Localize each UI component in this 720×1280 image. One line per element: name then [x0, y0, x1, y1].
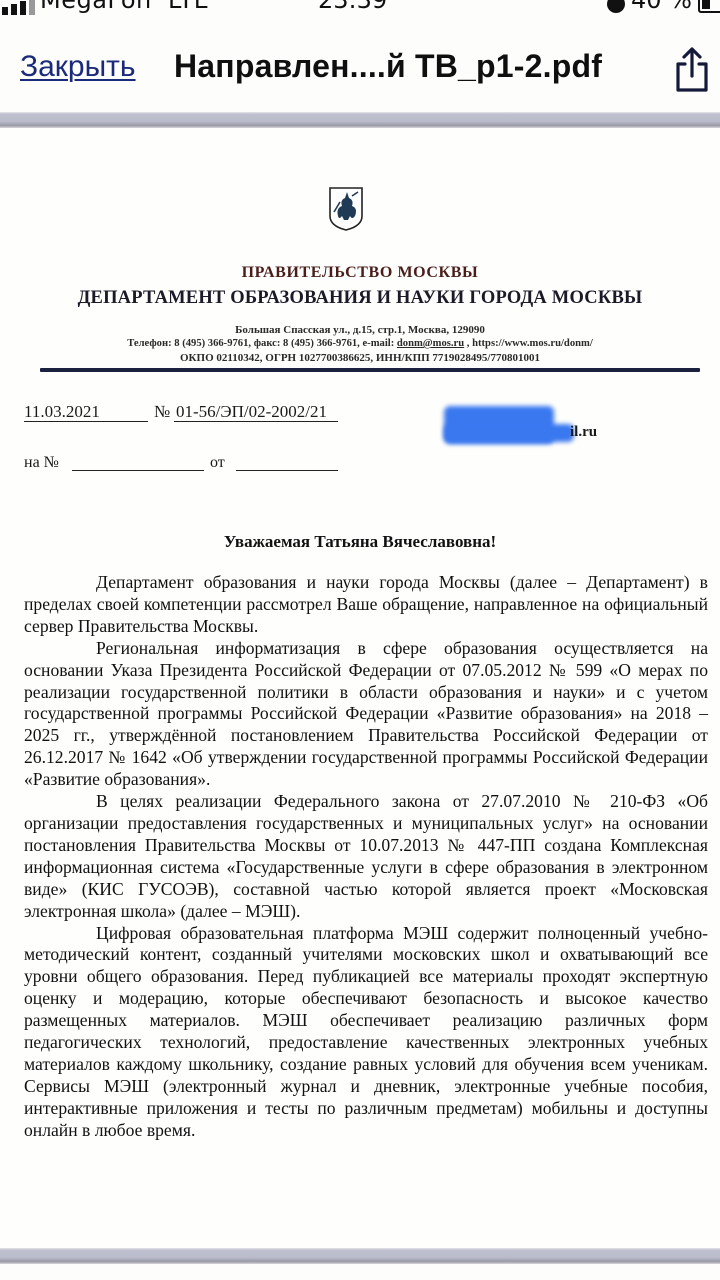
recipient-email-suffix: il.ru [570, 424, 597, 441]
document-title: Направлен....й ТВ_p1-2.pdf [174, 48, 602, 85]
department-address: Большая Спасская ул., д.15, стр.1, Москв… [0, 324, 720, 336]
moscow-coat-of-arms-icon [328, 186, 364, 232]
signal-strength-icon [2, 0, 35, 15]
letter-number: 01-56/ЭП/02-2002/21 [174, 402, 338, 422]
reply-to-label: на № [24, 454, 59, 472]
letterhead-rule [40, 368, 700, 372]
status-bar: MegaFon LTE 23:39 40 % [0, 0, 720, 16]
paragraph: В целях реализации Федерального закона о… [24, 791, 708, 922]
registration-codes: ОКПО 02110342, ОГРН 1027700386625, ИНН/К… [0, 352, 720, 364]
toolbar-separator [0, 112, 720, 128]
paragraph: Цифровая образовательная платформа МЭШ с… [24, 923, 708, 1142]
page-separator [0, 1248, 720, 1264]
pdf-page[interactable]: ПРАВИТЕЛЬСТВО МОСКВЫ ДЕПАРТАМЕНТ ОБРАЗОВ… [0, 128, 720, 1248]
clock: 23:39 [318, 0, 387, 14]
government-heading: ПРАВИТЕЛЬСТВО МОСКВЫ [0, 264, 720, 282]
battery-percent: 40 % [631, 0, 692, 14]
close-button[interactable]: Закрыть [20, 50, 136, 84]
outgoing-reference: 11.03.2021 № 01-56/ЭП/02-2002/21 [24, 402, 364, 426]
letter-body: Департамент образования и науки города М… [24, 572, 708, 1142]
department-contacts: Телефон: 8 (495) 366-9761, факс: 8 (495)… [0, 338, 720, 349]
from-date-blank [236, 470, 338, 471]
viewer-nav-bar: Закрыть Направлен....й ТВ_p1-2.pdf [0, 40, 720, 100]
paragraph: Департамент образования и науки города М… [24, 572, 708, 638]
carrier-name: MegaFon LTE [40, 0, 209, 14]
letter-date: 11.03.2021 [24, 402, 148, 422]
battery-icon [698, 0, 720, 13]
battery-area: 40 % [607, 0, 720, 14]
paragraph: Региональная информатизация в сфере обра… [24, 638, 708, 791]
department-heading: ДЕПАРТАМЕНТ ОБРАЗОВАНИЯ И НАУКИ ГОРОДА М… [0, 288, 720, 309]
share-icon [668, 44, 716, 94]
from-label: от [210, 454, 225, 472]
share-button[interactable] [668, 44, 716, 94]
alarm-icon [607, 0, 625, 13]
number-label: № [154, 402, 170, 422]
department-email-link[interactable]: donm@mos.ru [397, 338, 464, 349]
redacted-recipient-email [444, 424, 574, 442]
network-type: LTE [168, 0, 209, 14]
incoming-reference: на № от [24, 454, 344, 476]
salutation: Уважаемая Татьяна Вячеславовна! [0, 532, 720, 552]
reply-to-number-blank [72, 470, 204, 471]
